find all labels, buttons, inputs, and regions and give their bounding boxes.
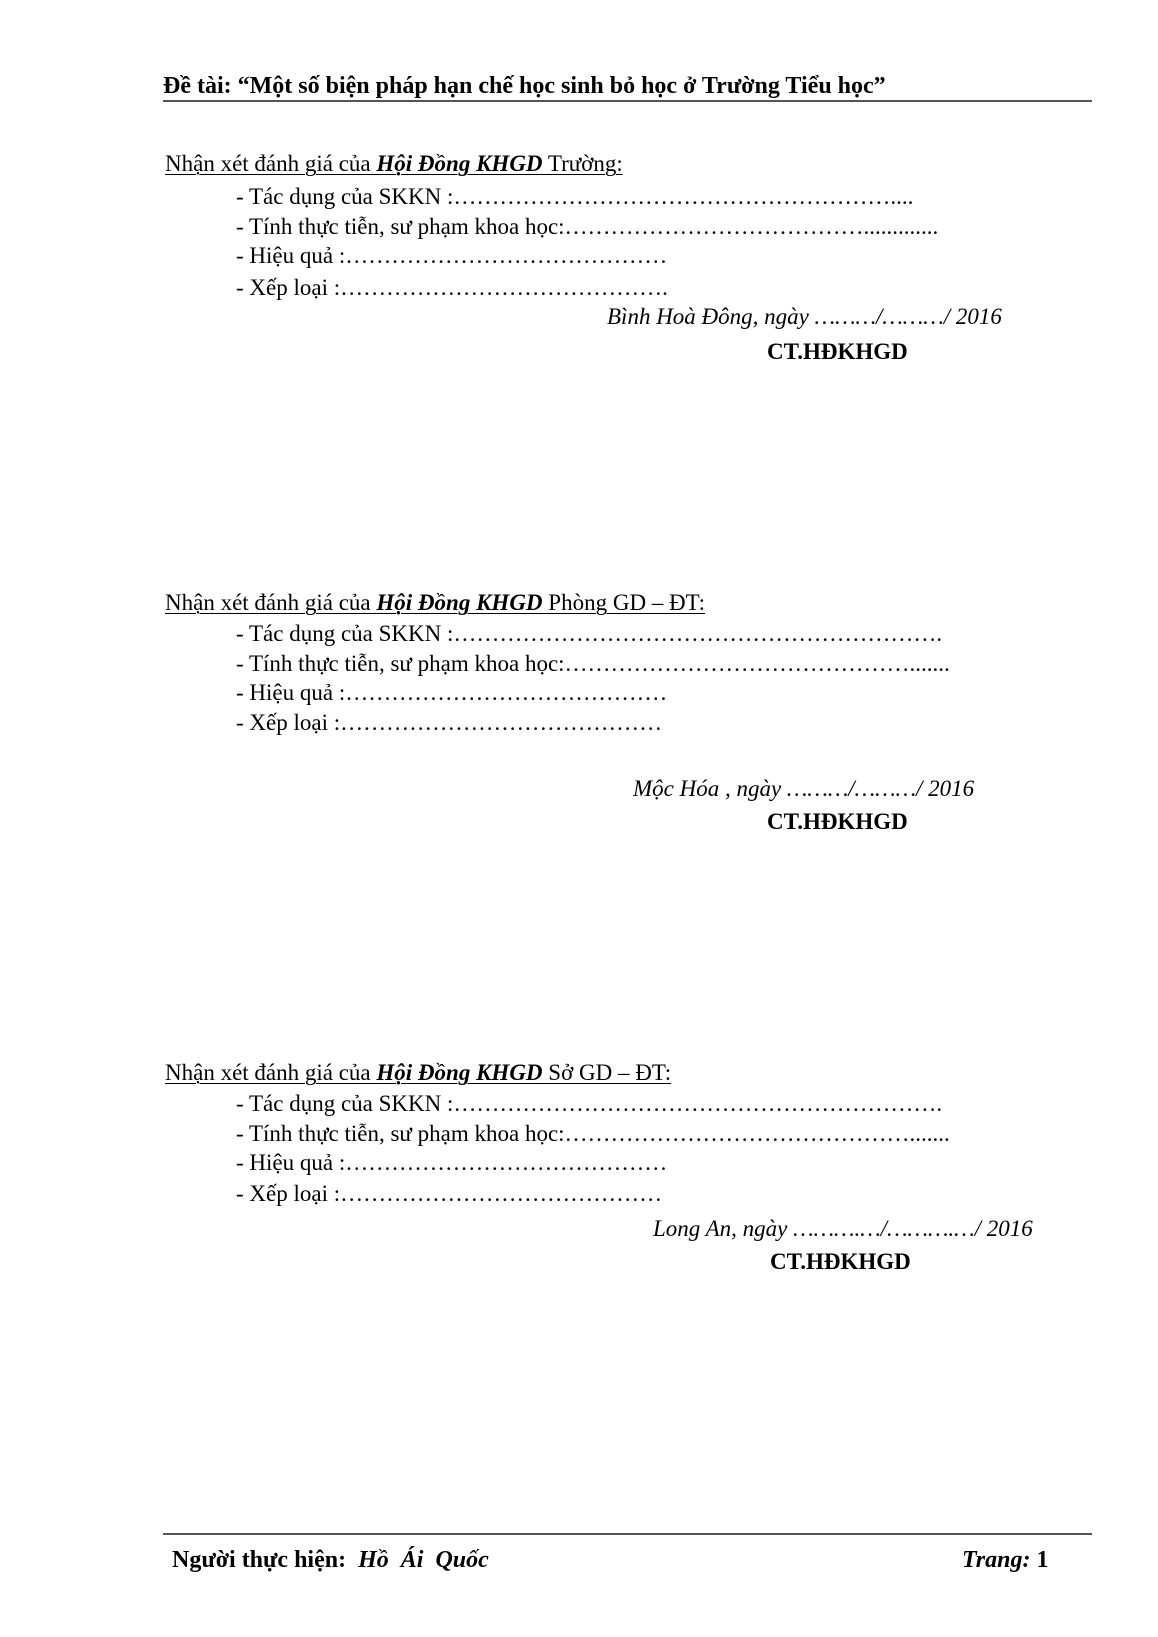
field-xep-loai: - Xếp loại :……………………………………. bbox=[236, 276, 668, 299]
place-date: Long An, ngày ……….…/……….…/ 2016 bbox=[653, 1217, 1033, 1240]
document-title: Đề tài: “Một số biện pháp hạn chế học si… bbox=[163, 74, 886, 98]
place-date: Bình Hoà Đông, ngày ………/………/ 2016 bbox=[607, 305, 1002, 328]
field-tinh-thuc-tien: - Tính thực tiễn, sư phạm khoa học:……………… bbox=[236, 1122, 950, 1145]
page-number: 1 bbox=[1036, 1547, 1048, 1573]
field-hieu-qua: - Hiệu quả :…………………………………… bbox=[236, 681, 667, 704]
field-tac-dung: - Tác dụng của SKKN :…………………………………………………… bbox=[236, 622, 942, 645]
field-tac-dung: - Tác dụng của SKKN :…………………………………………………… bbox=[236, 1092, 942, 1115]
header-rule bbox=[163, 100, 1092, 102]
author-name: Hồ Ái Quốc bbox=[358, 1547, 489, 1573]
page-indicator: Trang: 1 bbox=[962, 1548, 1048, 1572]
section-heading: Nhận xét đánh giá của Hội Đồng KHGD Phòn… bbox=[165, 591, 705, 614]
footer-author: Người thực hiện:Hồ Ái Quốc bbox=[172, 1548, 489, 1572]
page-label: Trang: bbox=[962, 1547, 1030, 1573]
section-heading: Nhận xét đánh giá của Hội Đồng KHGD Trườ… bbox=[165, 152, 623, 175]
footer-rule bbox=[163, 1533, 1092, 1535]
field-hieu-qua: - Hiệu quả :…………………………………… bbox=[236, 244, 667, 267]
signer-title: CT.HĐKHGD bbox=[767, 340, 908, 363]
signer-title: CT.HĐKHGD bbox=[767, 810, 908, 833]
field-tinh-thuc-tien: - Tính thực tiễn, sư phạm khoa học:……………… bbox=[236, 652, 950, 675]
section-heading: Nhận xét đánh giá của Hội Đồng KHGD Sở G… bbox=[165, 1061, 671, 1084]
place-date: Mộc Hóa , ngày ………/………/ 2016 bbox=[633, 777, 974, 800]
field-xep-loai: - Xếp loại :…………………………………… bbox=[236, 711, 662, 734]
field-tac-dung: - Tác dụng của SKKN :…………………………………………………… bbox=[236, 185, 913, 208]
field-xep-loai: - Xếp loại :…………………………………… bbox=[236, 1182, 662, 1205]
signer-title: CT.HĐKHGD bbox=[770, 1250, 911, 1273]
field-hieu-qua: - Hiệu quả :…………………………………… bbox=[236, 1151, 667, 1174]
field-tinh-thuc-tien: - Tính thực tiễn, sư phạm khoa học:……………… bbox=[236, 215, 938, 238]
author-label: Người thực hiện: bbox=[172, 1547, 346, 1573]
